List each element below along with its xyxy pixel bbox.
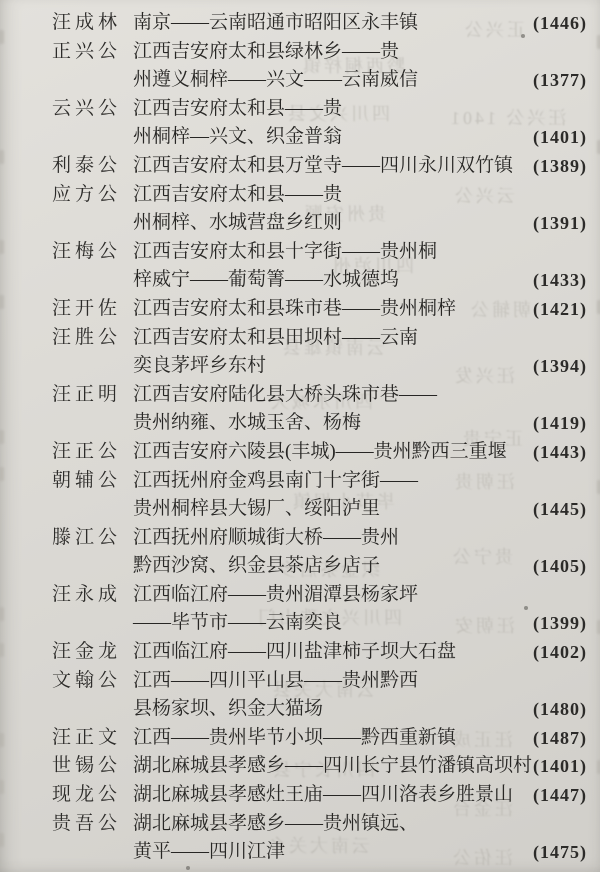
- route-line: 湖北麻城县孝感乡——贵州镇远、: [133, 810, 533, 839]
- reference-number: (1443): [533, 438, 587, 467]
- edge-mark: [0, 733, 4, 747]
- reference-number: (1445): [533, 467, 587, 524]
- table-row: 应方公江西吉安府太和县——贵州桐梓、水城营盘乡红则(1391): [52, 181, 583, 238]
- table-row: 滕江公江西抚州府顺城街大桥——贵州黔西沙窝、织金县茶店乡店子(1405): [52, 524, 583, 581]
- migration-route: 湖北麻城县孝感乡——四川长宁县竹潘镇高坝村: [133, 752, 533, 781]
- migration-route: 江西——贵州毕节小坝——黔西重新镇: [133, 724, 533, 753]
- ink-speck: [521, 34, 525, 38]
- ancestor-name: 正兴公: [52, 38, 133, 95]
- route-line: 江西吉安府太和县珠市巷——贵州桐梓: [133, 295, 533, 324]
- migration-route: 江西吉安府太和县绿林乡——贵州遵义桐梓——兴文——云南威信: [133, 38, 533, 95]
- table-row: 汪梅公江西吉安府太和县十字街——贵州桐梓威宁——葡萄箐——水城德坞(1433): [52, 238, 583, 295]
- route-line: 江西临江府——四川盐津柿子坝大石盘: [133, 638, 533, 667]
- ancestor-name: 汪成林: [52, 9, 133, 38]
- route-line: 江西吉安府太和县——贵: [133, 95, 533, 124]
- route-line: 江西吉安府太和县万堂寺——四川永川双竹镇: [133, 152, 533, 181]
- table-row: 汪正公江西吉安府六陵县(丰城)——贵州黔西三重堰(1443): [52, 438, 583, 467]
- table-row: 世锡公湖北麻城县孝感乡——四川长宁县竹潘镇高坝村(1401): [52, 752, 583, 781]
- migration-route: 江西吉安府太和县田坝村——云南奕良茅坪乡东村: [133, 324, 533, 381]
- route-line: 黄平——四川江津: [133, 838, 533, 867]
- migration-route: 江西抚州府金鸡县南门十字街——贵州桐梓县大锡厂、绥阳泸里: [133, 467, 533, 524]
- route-line: 江西——四川平山县——贵州黔西: [133, 667, 533, 696]
- route-line: 黔西沙窝、织金县茶店乡店子: [133, 552, 533, 581]
- table-row: 汪成林南京——云南昭通市昭阳区永丰镇(1446): [52, 9, 583, 38]
- route-line: 湖北麻城县孝感乡——四川长宁县竹潘镇高坝村: [133, 752, 533, 781]
- route-line: 贵州纳雍、水城玉舍、杨梅: [133, 409, 533, 438]
- migration-route: 湖北麻城县孝感灶王庙——四川洛表乡胜景山: [133, 781, 533, 810]
- reference-number: (1433): [533, 238, 587, 295]
- route-line: 江西吉安府六陵县(丰城)——贵州黔西三重堰: [133, 438, 533, 467]
- edge-mark: [0, 240, 4, 254]
- reference-number: (1377): [533, 38, 587, 95]
- ancestor-name: 滕江公: [52, 524, 133, 581]
- migration-route: 湖北麻城县孝感乡——贵州镇远、黄平——四川江津: [133, 810, 533, 867]
- table-row: 汪正明江西吉安府陆化县大桥头珠市巷——贵州纳雍、水城玉舍、杨梅(1419): [52, 381, 583, 438]
- migration-route: 江西抚州府顺城街大桥——贵州黔西沙窝、织金县茶店乡店子: [133, 524, 533, 581]
- table-row: 汪正文江西——贵州毕节小坝——黔西重新镇(1487): [52, 724, 583, 753]
- migration-route: 江西吉安府太和县万堂寺——四川永川双竹镇: [133, 152, 533, 181]
- route-line: 江西吉安府太和县——贵: [133, 181, 533, 210]
- reference-number: (1487): [533, 724, 587, 753]
- table-row: 汪胜公江西吉安府太和县田坝村——云南奕良茅坪乡东村(1394): [52, 324, 583, 381]
- reference-number: (1405): [533, 524, 587, 581]
- reference-number: (1421): [533, 295, 587, 324]
- edge-mark: [0, 30, 4, 44]
- route-line: 江西临江府——贵州湄潭县杨家坪: [133, 581, 533, 610]
- table-row: 贵吾公湖北麻城县孝感乡——贵州镇远、黄平——四川江津(1475): [52, 810, 583, 867]
- migration-route: 江西临江府——四川盐津柿子坝大石盘: [133, 638, 533, 667]
- ancestor-name: 汪开佐: [52, 295, 133, 324]
- route-line: ——毕节市——云南奕良: [133, 609, 533, 638]
- route-line: 县杨家坝、织金大猫场: [133, 695, 533, 724]
- migration-route: 江西吉安府太和县——贵州桐梓—兴文、织金普翁: [133, 95, 533, 152]
- edge-mark: [0, 295, 4, 309]
- route-line: 江西吉安府陆化县大桥头珠市巷——: [133, 381, 533, 410]
- ancestor-name: 汪正明: [52, 381, 133, 438]
- reference-number: (1391): [533, 181, 587, 238]
- ancestor-name: 汪永成: [52, 581, 133, 638]
- reference-number: (1401): [533, 95, 587, 152]
- route-line: 江西吉安府太和县十字街——贵州桐: [133, 238, 533, 267]
- reference-number: (1389): [533, 152, 587, 181]
- ancestor-name: 朝辅公: [52, 467, 133, 524]
- route-line: 州桐梓—兴文、织金普翁: [133, 123, 533, 152]
- ancestor-name: 现龙公: [52, 781, 133, 810]
- migration-route: 江西吉安府六陵县(丰城)——贵州黔西三重堰: [133, 438, 533, 467]
- route-line: 州桐梓、水城营盘乡红则: [133, 209, 533, 238]
- edge-mark: [0, 150, 4, 164]
- reference-number: (1394): [533, 324, 587, 381]
- route-line: 州遵义桐梓——兴文——云南威信: [133, 66, 533, 95]
- reference-number: (1402): [533, 638, 587, 667]
- table-row: 汪永成江西临江府——贵州湄潭县杨家坪——毕节市——云南奕良(1399): [52, 581, 583, 638]
- table-row: 汪金龙江西临江府——四川盐津柿子坝大石盘(1402): [52, 638, 583, 667]
- reference-number: (1480): [533, 667, 587, 724]
- migration-route: 江西吉安府太和县珠市巷——贵州桐梓: [133, 295, 533, 324]
- table-row: 文翰公江西——四川平山县——贵州黔西县杨家坝、织金大猫场(1480): [52, 667, 583, 724]
- migration-route: 江西吉安府陆化县大桥头珠市巷——贵州纳雍、水城玉舍、杨梅: [133, 381, 533, 438]
- migration-route: 江西吉安府太和县十字街——贵州桐梓威宁——葡萄箐——水城德坞: [133, 238, 533, 295]
- route-line: 奕良茅坪乡东村: [133, 352, 533, 381]
- ancestor-name: 利泰公: [52, 152, 133, 181]
- migration-route: 江西临江府——贵州湄潭县杨家坪——毕节市——云南奕良: [133, 581, 533, 638]
- migration-route: 江西吉安府太和县——贵州桐梓、水城营盘乡红则: [133, 181, 533, 238]
- route-line: 江西吉安府太和县田坝村——云南: [133, 324, 533, 353]
- ancestor-name: 文翰公: [52, 667, 133, 724]
- table-row: 利泰公江西吉安府太和县万堂寺——四川永川双竹镇(1389): [52, 152, 583, 181]
- table-row: 朝辅公江西抚州府金鸡县南门十字街——贵州桐梓县大锡厂、绥阳泸里(1445): [52, 467, 583, 524]
- route-line: 江西抚州府金鸡县南门十字街——: [133, 467, 533, 496]
- ancestor-name: 汪金龙: [52, 638, 133, 667]
- ancestor-name: 云兴公: [52, 95, 133, 152]
- edge-mark: [0, 430, 4, 444]
- ancestor-name: 贵吾公: [52, 810, 133, 867]
- ancestor-name: 应方公: [52, 181, 133, 238]
- reference-number: (1399): [533, 581, 587, 638]
- table-row: 现龙公湖北麻城县孝感灶王庙——四川洛表乡胜景山(1447): [52, 781, 583, 810]
- route-line: 贵州桐梓县大锡厂、绥阳泸里: [133, 495, 533, 524]
- ancestor-name: 世锡公: [52, 752, 133, 781]
- route-line: 江西抚州府顺城街大桥——贵州: [133, 524, 533, 553]
- ancestor-name: 汪梅公: [52, 238, 133, 295]
- reference-number: (1401): [533, 752, 587, 781]
- route-line: 梓威宁——葡萄箐——水城德坞: [133, 266, 533, 295]
- route-line: 南京——云南昭通市昭阳区永丰镇: [133, 9, 533, 38]
- table-row: 汪开佐江西吉安府太和县珠市巷——贵州桐梓(1421): [52, 295, 583, 324]
- edge-mark: [0, 467, 4, 481]
- route-line: 江西——贵州毕节小坝——黔西重新镇: [133, 724, 533, 753]
- ink-speck: [186, 866, 190, 870]
- table-row: 云兴公江西吉安府太和县——贵州桐梓—兴文、织金普翁(1401): [52, 95, 583, 152]
- route-line: 湖北麻城县孝感灶王庙——四川洛表乡胜景山: [133, 781, 533, 810]
- reference-number: (1447): [533, 781, 587, 810]
- reference-number: (1446): [533, 9, 587, 38]
- reference-number: (1419): [533, 381, 587, 438]
- edge-mark: [0, 833, 4, 847]
- ancestor-name: 汪正文: [52, 724, 133, 753]
- ancestor-name: 汪胜公: [52, 324, 133, 381]
- edge-mark: [0, 643, 4, 657]
- ink-speck: [524, 606, 528, 610]
- edge-mark: [0, 607, 4, 621]
- migration-record-list: 汪成林南京——云南昭通市昭阳区永丰镇(1446)正兴公江西吉安府太和县绿林乡——…: [52, 9, 583, 872]
- table-row: 正兴公江西吉安府太和县绿林乡——贵州遵义桐梓——兴文——云南威信(1377): [52, 38, 583, 95]
- edge-mark: [0, 780, 4, 794]
- route-line: 江西吉安府太和县绿林乡——贵: [133, 38, 533, 67]
- ancestor-name: 汪正公: [52, 438, 133, 467]
- migration-route: 江西——四川平山县——贵州黔西县杨家坝、织金大猫场: [133, 667, 533, 724]
- migration-route: 南京——云南昭通市昭阳区永丰镇: [133, 9, 533, 38]
- reference-number: (1475): [533, 810, 587, 867]
- scanned-book-page: 正兴公汪兴公 1401云兴公黔西桐梓镇四川兴文县贵州安顺四川泸州朝辅公云南镇雄县…: [0, 0, 600, 872]
